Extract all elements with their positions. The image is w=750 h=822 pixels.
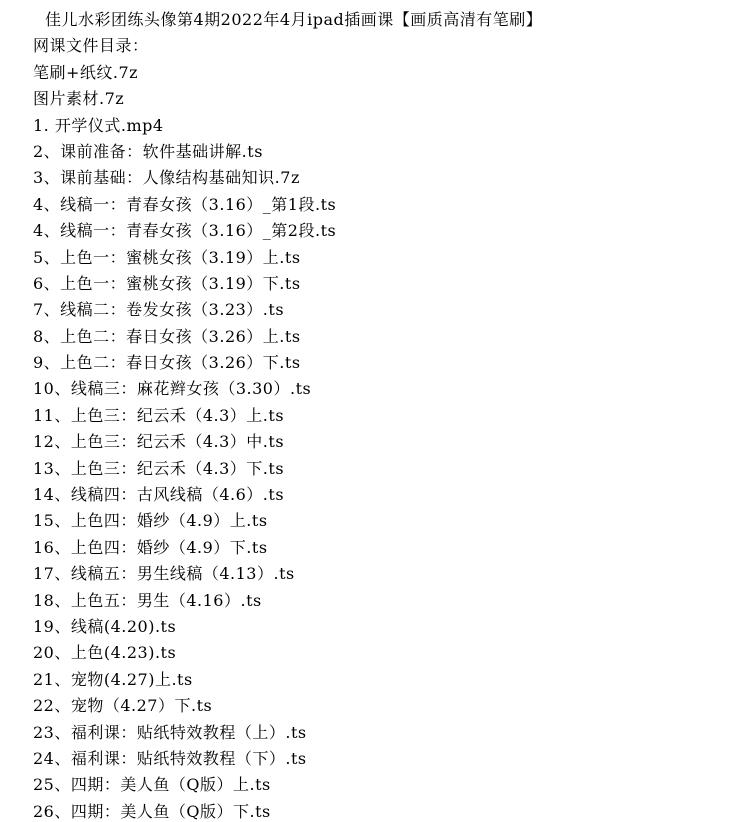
file-list-item: 16、上色四：婚纱（4.9）下.ts [33,535,740,561]
file-list-item: 8、上色二：春日女孩（3.26）上.ts [33,324,740,350]
file-list-item: 24、福利课：贴纸特效教程（下）.ts [33,746,740,772]
file-list-item: 7、线稿二：卷发女孩（3.23）.ts [33,297,740,323]
file-list-item: 11、上色三：纪云禾（4.3）上.ts [33,403,740,429]
file-list-item: 26、四期：美人鱼（Q版）下.ts [33,799,740,822]
file-list-item: 19、线稿(4.20).ts [33,614,740,640]
file-list: 笔刷+纸纹.7z图片素材.7z1. 开学仪式.mp42、课前准备：软件基础讲解.… [33,60,740,822]
file-list-item: 3、课前基础：人像结构基础知识.7z [33,165,740,191]
file-list-item: 6、上色一：蜜桃女孩（3.19）下.ts [33,271,740,297]
file-list-item: 18、上色五：男生（4.16）.ts [33,588,740,614]
file-list-item: 21、宠物(4.27)上.ts [33,667,740,693]
file-list-item: 14、线稿四：古风线稿（4.6）.ts [33,482,740,508]
document-page: 佳儿水彩团练头像第4期2022年4月ipad插画课【画质高清有笔刷】 网课文件目… [0,0,750,822]
file-list-item: 17、线稿五：男生线稿（4.13）.ts [33,561,740,587]
file-list-item: 15、上色四：婚纱（4.9）上.ts [33,508,740,534]
file-list-item: 4、线稿一：青春女孩（3.16）_第1段.ts [33,192,740,218]
file-list-item: 图片素材.7z [33,86,740,112]
file-list-item: 20、上色(4.23).ts [33,640,740,666]
file-list-item: 25、四期：美人鱼（Q版）上.ts [33,772,740,798]
file-list-item: 1. 开学仪式.mp4 [33,113,740,139]
file-list-item: 10、线稿三：麻花辫女孩（3.30）.ts [33,376,740,402]
file-list-item: 22、宠物（4.27）下.ts [33,693,740,719]
file-list-item: 9、上色二：春日女孩（3.26）下.ts [33,350,740,376]
file-list-item: 13、上色三：纪云禾（4.3）下.ts [33,456,740,482]
file-list-item: 2、课前准备：软件基础讲解.ts [33,139,740,165]
file-list-item: 23、福利课：贴纸特效教程（上）.ts [33,720,740,746]
file-list-item: 笔刷+纸纹.7z [33,60,740,86]
directory-label: 网课文件目录： [33,33,740,59]
document-title: 佳儿水彩团练头像第4期2022年4月ipad插画课【画质高清有笔刷】 [33,7,740,33]
file-list-item: 12、上色三：纪云禾（4.3）中.ts [33,429,740,455]
file-list-item: 5、上色一：蜜桃女孩（3.19）上.ts [33,245,740,271]
file-list-item: 4、线稿一：青春女孩（3.16）_第2段.ts [33,218,740,244]
